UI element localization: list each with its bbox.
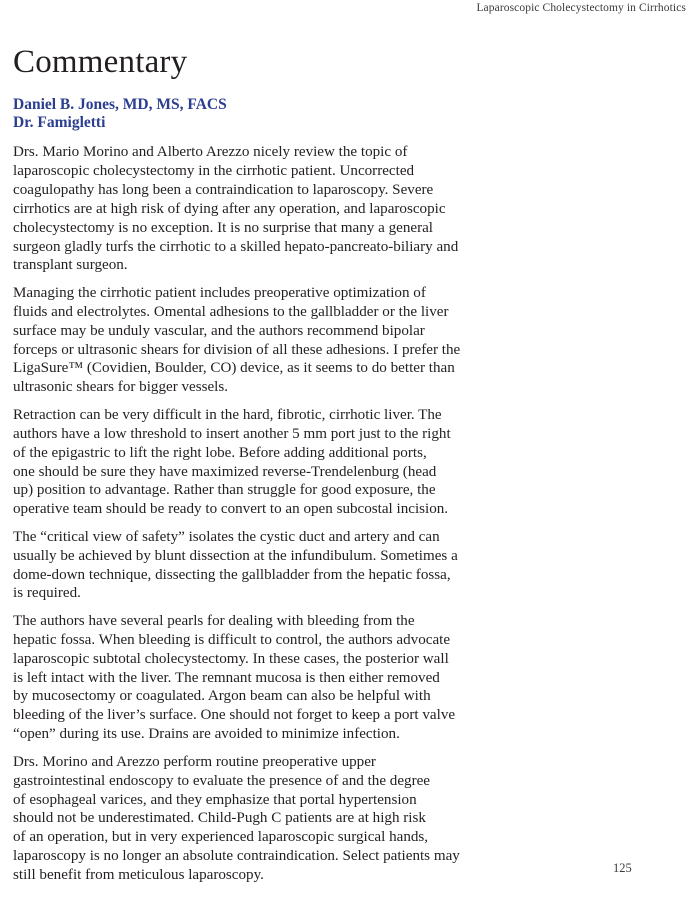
author-name: Dr. Famigletti — [13, 114, 227, 132]
text-line: up) position to advantage. Rather than s… — [13, 481, 465, 500]
paragraph: The authors have several pearls for deal… — [13, 612, 465, 744]
paragraph: Managing the cirrhotic patient includes … — [13, 284, 465, 397]
text-line: surface may be unduly vascular, and the … — [13, 322, 465, 341]
article-body: Drs. Mario Morino and Alberto Arezzo nic… — [13, 143, 465, 894]
page-title: Commentary — [13, 44, 187, 81]
text-line: surgeon gladly turfs the cirrhotic to a … — [13, 238, 465, 257]
text-line: coagulopathy has long been a contraindic… — [13, 181, 465, 200]
author-name: Daniel B. Jones, MD, MS, FACS — [13, 96, 227, 114]
text-line: one should be sure they have maximized r… — [13, 463, 465, 482]
text-line: should not be underestimated. Child-Pugh… — [13, 809, 465, 828]
text-line: of an operation, but in very experienced… — [13, 828, 465, 847]
text-line: laparoscopic cholecystectomy in the cirr… — [13, 162, 465, 181]
text-line: authors have a low threshold to insert a… — [13, 425, 465, 444]
text-line: Drs. Morino and Arezzo perform routine p… — [13, 753, 465, 772]
text-line: operative team should be ready to conver… — [13, 500, 465, 519]
text-line: hepatic fossa. When bleeding is difficul… — [13, 631, 465, 650]
text-line: gastrointestinal endoscopy to evaluate t… — [13, 772, 465, 791]
text-line: laparoscopic subtotal cholecystectomy. I… — [13, 650, 465, 669]
paragraph: Drs. Morino and Arezzo perform routine p… — [13, 753, 465, 885]
text-line: The “critical view of safety” isolates t… — [13, 528, 465, 547]
author-block: Daniel B. Jones, MD, MS, FACS Dr. Famigl… — [13, 96, 227, 132]
paragraph: Drs. Mario Morino and Alberto Arezzo nic… — [13, 143, 465, 275]
text-line: dome-down technique, dissecting the gall… — [13, 566, 465, 585]
paragraph: Retraction can be very difficult in the … — [13, 406, 465, 519]
text-line: still benefit from meticulous laparoscop… — [13, 866, 465, 885]
text-line: usually be achieved by blunt dissection … — [13, 547, 465, 566]
text-line: of the epigastric to lift the right lobe… — [13, 444, 465, 463]
text-line: is required. — [13, 584, 465, 603]
text-line: by mucosectomy or coagulated. Argon beam… — [13, 687, 465, 706]
text-line: laparoscopy is no longer an absolute con… — [13, 847, 465, 866]
text-line: forceps or ultrasonic shears for divisio… — [13, 341, 465, 360]
text-line: The authors have several pearls for deal… — [13, 612, 465, 631]
text-line: transplant surgeon. — [13, 256, 465, 275]
text-line: fluids and electrolytes. Omental adhesio… — [13, 303, 465, 322]
text-line: bleeding of the liver’s surface. One sho… — [13, 706, 465, 725]
text-line: LigaSure™ (Covidien, Boulder, CO) device… — [13, 359, 465, 378]
text-line: cirrhotics are at high risk of dying aft… — [13, 200, 465, 219]
paragraph: The “critical view of safety” isolates t… — [13, 528, 465, 604]
text-line: Drs. Mario Morino and Alberto Arezzo nic… — [13, 143, 465, 162]
text-line: cholecystectomy is no exception. It is n… — [13, 219, 465, 238]
text-line: Retraction can be very difficult in the … — [13, 406, 465, 425]
running-header: Laparoscopic Cholecystectomy in Cirrhoti… — [476, 2, 686, 14]
text-line: “open” during its use. Drains are avoide… — [13, 725, 465, 744]
page-number: 125 — [613, 861, 632, 876]
text-line: Managing the cirrhotic patient includes … — [13, 284, 465, 303]
text-line: of esophageal varices, and they emphasiz… — [13, 791, 465, 810]
text-line: ultrasonic shears for bigger vessels. — [13, 378, 465, 397]
text-line: is left intact with the liver. The remna… — [13, 669, 465, 688]
